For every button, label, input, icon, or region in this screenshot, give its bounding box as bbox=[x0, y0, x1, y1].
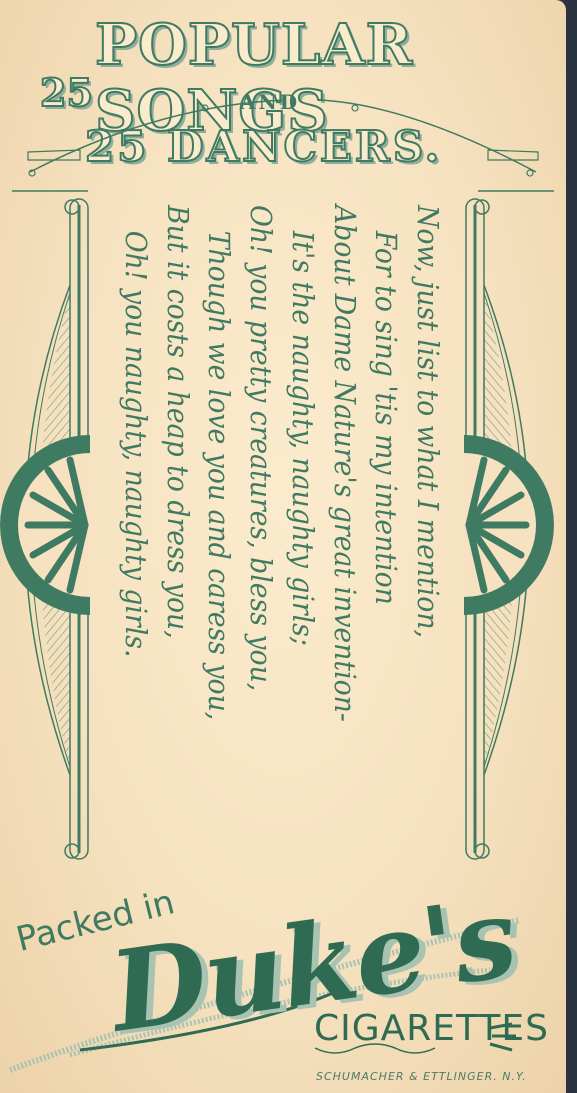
lyric-line: It's the naughty, naughty girls; bbox=[285, 205, 321, 794]
right-fan-ornament-icon bbox=[456, 185, 566, 875]
lyric-line: About Dame Nature's great invention- bbox=[327, 205, 363, 794]
header-flourish-icon bbox=[0, 0, 566, 185]
lyric-line: Though we love you and caress you, bbox=[201, 205, 237, 794]
left-fan-ornament-icon bbox=[0, 185, 110, 875]
lyric-line: Oh! you naughty, naughty girls. bbox=[118, 205, 154, 794]
product-label: CIGARETTES bbox=[314, 1008, 549, 1049]
lyric-line: For to sing 'tis my intention bbox=[368, 205, 404, 794]
lyric-line: But it costs a heap to dress you, bbox=[160, 205, 196, 794]
trading-card-back: 25 POPULAR SONGS AND 25 DANCERS. bbox=[0, 0, 566, 1093]
printer-credit: SCHUMACHER & ETTLINGER. N.Y. bbox=[316, 1070, 527, 1083]
brand-footer: Packed in Duke's CIGARETTES SCHUMACHER &… bbox=[0, 880, 566, 1093]
lyric-line: Oh! you pretty creatures, bless you, bbox=[243, 205, 279, 794]
lyric-line: Now, just list to what I mention, bbox=[410, 205, 446, 794]
card-header: 25 POPULAR SONGS AND 25 DANCERS. bbox=[0, 0, 566, 185]
song-lyrics: Now, just list to what I mention, For to… bbox=[112, 205, 452, 845]
